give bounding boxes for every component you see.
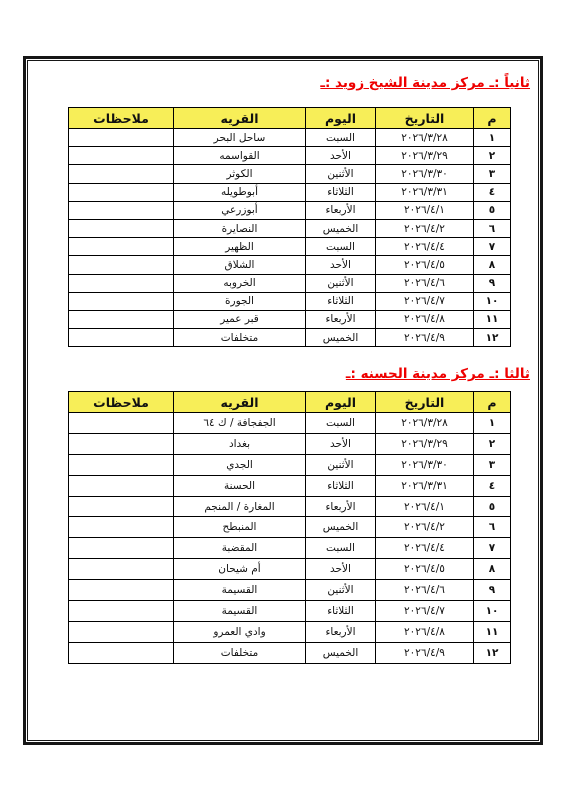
cell-date: ٢٠٢٦/٤/٢ — [376, 517, 474, 538]
cell-village: النصايرة — [174, 219, 306, 237]
section-heading-sheikh-zuwaid: ثانياً :ـ مركز مدينة الشيخ زويد :ـ — [320, 75, 530, 91]
table-row: ٧٢٠٢٦/٤/٤السبتالمقضبة — [69, 538, 511, 559]
column-header-notes: ملاحظات — [69, 392, 174, 413]
cell-day: الثلاثاء — [306, 183, 376, 201]
cell-village: قبر عمير — [174, 310, 306, 328]
cell-date: ٢٠٢٦/٣/٢٩ — [376, 433, 474, 454]
schedule-table-sheikh-zuwaid: مالتاريخاليومالقريهملاحظات ١٢٠٢٦/٣/٢٨الس… — [68, 107, 511, 347]
table-row: ٣٢٠٢٦/٣/٣٠الأثنينالكوثر — [69, 165, 511, 183]
cell-village: المقضبة — [174, 538, 306, 559]
cell-village: متخلفات — [174, 642, 306, 663]
cell-day: السبت — [306, 129, 376, 147]
cell-day: الثلاثاء — [306, 292, 376, 310]
cell-date: ٢٠٢٦/٤/٧ — [376, 292, 474, 310]
cell-day: الخميس — [306, 517, 376, 538]
cell-notes — [69, 454, 174, 475]
table-row: ٢٢٠٢٦/٣/٢٩الأحدالقواسمه — [69, 147, 511, 165]
cell-date: ٢٠٢٦/٣/٣٠ — [376, 165, 474, 183]
column-header-date: التاريخ — [376, 392, 474, 413]
cell-num: ١١ — [474, 310, 511, 328]
cell-num: ١٠ — [474, 601, 511, 622]
cell-notes — [69, 559, 174, 580]
section-heading-hasana: ثالثا :ـ مركز مدينة الحسنه :ـ — [346, 366, 530, 382]
cell-notes — [69, 433, 174, 454]
cell-num: ٩ — [474, 274, 511, 292]
cell-date: ٢٠٢٦/٣/٣١ — [376, 475, 474, 496]
cell-day: الأحد — [306, 559, 376, 580]
cell-day: الخميس — [306, 219, 376, 237]
cell-num: ٥ — [474, 496, 511, 517]
cell-village: الجورة — [174, 292, 306, 310]
table-row: ٥٢٠٢٦/٤/١الأربعاءالمغارة / المنجم — [69, 496, 511, 517]
cell-date: ٢٠٢٦/٣/٣١ — [376, 183, 474, 201]
cell-village: القواسمه — [174, 147, 306, 165]
column-header-day: اليوم — [306, 108, 376, 129]
cell-village: الظهير — [174, 238, 306, 256]
cell-date: ٢٠٢٦/٤/٤ — [376, 538, 474, 559]
cell-village: الجفجافة / ك ٦٤ — [174, 413, 306, 434]
table-row: ١٢٢٠٢٦/٤/٩الخميسمتخلفات — [69, 642, 511, 663]
cell-notes — [69, 183, 174, 201]
column-header-village: القريه — [174, 108, 306, 129]
cell-village: الجدي — [174, 454, 306, 475]
cell-num: ٨ — [474, 256, 511, 274]
cell-date: ٢٠٢٦/٣/٢٨ — [376, 413, 474, 434]
table-row: ٦٢٠٢٦/٤/٢الخميسالمنبطح — [69, 517, 511, 538]
cell-num: ٤ — [474, 183, 511, 201]
cell-village: المنبطح — [174, 517, 306, 538]
cell-num: ٧ — [474, 238, 511, 256]
cell-num: ٤ — [474, 475, 511, 496]
cell-num: ٢ — [474, 433, 511, 454]
cell-village: أبوزرعي — [174, 201, 306, 219]
cell-village: القسيمة — [174, 601, 306, 622]
cell-day: الأحد — [306, 433, 376, 454]
table-row: ٣٢٠٢٦/٣/٣٠الأثنينالجدي — [69, 454, 511, 475]
cell-day: الأربعاء — [306, 621, 376, 642]
cell-num: ٨ — [474, 559, 511, 580]
cell-notes — [69, 201, 174, 219]
cell-num: ١١ — [474, 621, 511, 642]
cell-village: الخروبه — [174, 274, 306, 292]
column-header-village: القريه — [174, 392, 306, 413]
table-row: ٩٢٠٢٦/٤/٦الأثنينالقسيمة — [69, 580, 511, 601]
cell-notes — [69, 256, 174, 274]
cell-num: ١٢ — [474, 642, 511, 663]
cell-date: ٢٠٢٦/٤/٩ — [376, 329, 474, 347]
cell-day: الأثنين — [306, 165, 376, 183]
cell-date: ٢٠٢٦/٤/٥ — [376, 256, 474, 274]
cell-village: ساحل البحر — [174, 129, 306, 147]
cell-notes — [69, 621, 174, 642]
cell-notes — [69, 413, 174, 434]
table-row: ١٠٢٠٢٦/٤/٧الثلاثاءالجورة — [69, 292, 511, 310]
cell-notes — [69, 601, 174, 622]
table-row: ٥٢٠٢٦/٤/١الأربعاءأبوزرعي — [69, 201, 511, 219]
cell-day: الثلاثاء — [306, 475, 376, 496]
cell-date: ٢٠٢٦/٤/٢ — [376, 219, 474, 237]
cell-village: بغداد — [174, 433, 306, 454]
cell-day: الأثنين — [306, 580, 376, 601]
cell-village: القسيمة — [174, 580, 306, 601]
cell-day: الخميس — [306, 642, 376, 663]
cell-num: ٦ — [474, 517, 511, 538]
cell-num: ٧ — [474, 538, 511, 559]
cell-day: الأثنين — [306, 274, 376, 292]
cell-day: الأربعاء — [306, 201, 376, 219]
cell-village: الشلاق — [174, 256, 306, 274]
cell-date: ٢٠٢٦/٤/١ — [376, 201, 474, 219]
cell-num: ٣ — [474, 165, 511, 183]
cell-notes — [69, 292, 174, 310]
cell-notes — [69, 310, 174, 328]
cell-notes — [69, 219, 174, 237]
cell-village: أم شيحان — [174, 559, 306, 580]
cell-notes — [69, 274, 174, 292]
table-row: ١١٢٠٢٦/٤/٨الأربعاءقبر عمير — [69, 310, 511, 328]
cell-num: ١ — [474, 129, 511, 147]
table-row: ٩٢٠٢٦/٤/٦الأثنينالخروبه — [69, 274, 511, 292]
cell-date: ٢٠٢٦/٣/٢٨ — [376, 129, 474, 147]
table-row: ٧٢٠٢٦/٤/٤السبتالظهير — [69, 238, 511, 256]
table-row: ٨٢٠٢٦/٤/٥الأحدأم شيحان — [69, 559, 511, 580]
cell-day: الخميس — [306, 329, 376, 347]
cell-num: ٥ — [474, 201, 511, 219]
cell-village: وادي العمرو — [174, 621, 306, 642]
cell-date: ٢٠٢٦/٤/٤ — [376, 238, 474, 256]
document-page: ثانياً :ـ مركز مدينة الشيخ زويد :ـ مالتا… — [0, 0, 566, 800]
cell-notes — [69, 147, 174, 165]
table-header-row: مالتاريخاليومالقريهملاحظات — [69, 108, 511, 129]
column-header-num: م — [474, 392, 511, 413]
cell-num: ٣ — [474, 454, 511, 475]
table-header-row: مالتاريخاليومالقريهملاحظات — [69, 392, 511, 413]
cell-notes — [69, 580, 174, 601]
table-row: ١٢٢٠٢٦/٤/٩الخميسمتخلفات — [69, 329, 511, 347]
column-header-date: التاريخ — [376, 108, 474, 129]
cell-notes — [69, 475, 174, 496]
cell-day: الأثنين — [306, 454, 376, 475]
cell-date: ٢٠٢٦/٣/٣٠ — [376, 454, 474, 475]
cell-village: الكوثر — [174, 165, 306, 183]
cell-day: الثلاثاء — [306, 601, 376, 622]
cell-notes — [69, 538, 174, 559]
cell-notes — [69, 129, 174, 147]
cell-date: ٢٠٢٦/٤/٥ — [376, 559, 474, 580]
cell-notes — [69, 329, 174, 347]
cell-date: ٢٠٢٦/٤/٦ — [376, 580, 474, 601]
cell-date: ٢٠٢٦/٤/٩ — [376, 642, 474, 663]
cell-date: ٢٠٢٦/٤/٨ — [376, 310, 474, 328]
cell-day: السبت — [306, 413, 376, 434]
cell-village: المغارة / المنجم — [174, 496, 306, 517]
cell-day: الأربعاء — [306, 310, 376, 328]
column-header-notes: ملاحظات — [69, 108, 174, 129]
table-row: ٤٢٠٢٦/٣/٣١الثلاثاءالحسنة — [69, 475, 511, 496]
table-row: ١٠٢٠٢٦/٤/٧الثلاثاءالقسيمة — [69, 601, 511, 622]
cell-num: ١٢ — [474, 329, 511, 347]
cell-day: الأحد — [306, 256, 376, 274]
table-row: ١٢٠٢٦/٣/٢٨السبتالجفجافة / ك ٦٤ — [69, 413, 511, 434]
cell-num: ١ — [474, 413, 511, 434]
cell-date: ٢٠٢٦/٤/٦ — [376, 274, 474, 292]
cell-village: متخلفات — [174, 329, 306, 347]
cell-village: أبوطويله — [174, 183, 306, 201]
cell-notes — [69, 517, 174, 538]
cell-day: الأحد — [306, 147, 376, 165]
cell-notes — [69, 496, 174, 517]
table-row: ٦٢٠٢٦/٤/٢الخميسالنصايرة — [69, 219, 511, 237]
table-row: ٨٢٠٢٦/٤/٥الأحدالشلاق — [69, 256, 511, 274]
column-header-num: م — [474, 108, 511, 129]
cell-notes — [69, 165, 174, 183]
cell-date: ٢٠٢٦/٤/١ — [376, 496, 474, 517]
cell-num: ٩ — [474, 580, 511, 601]
cell-day: الأربعاء — [306, 496, 376, 517]
table-row: ٤٢٠٢٦/٣/٣١الثلاثاءأبوطويله — [69, 183, 511, 201]
table-row: ١١٢٠٢٦/٤/٨الأربعاءوادي العمرو — [69, 621, 511, 642]
cell-day: السبت — [306, 538, 376, 559]
cell-num: ٢ — [474, 147, 511, 165]
cell-date: ٢٠٢٦/٤/٧ — [376, 601, 474, 622]
column-header-day: اليوم — [306, 392, 376, 413]
cell-village: الحسنة — [174, 475, 306, 496]
cell-notes — [69, 238, 174, 256]
cell-num: ١٠ — [474, 292, 511, 310]
table-row: ٢٢٠٢٦/٣/٢٩الأحدبغداد — [69, 433, 511, 454]
cell-notes — [69, 642, 174, 663]
cell-date: ٢٠٢٦/٣/٢٩ — [376, 147, 474, 165]
cell-day: السبت — [306, 238, 376, 256]
schedule-table-hasana: مالتاريخاليومالقريهملاحظات ١٢٠٢٦/٣/٢٨الس… — [68, 391, 511, 664]
cell-date: ٢٠٢٦/٤/٨ — [376, 621, 474, 642]
cell-num: ٦ — [474, 219, 511, 237]
table-row: ١٢٠٢٦/٣/٢٨السبتساحل البحر — [69, 129, 511, 147]
